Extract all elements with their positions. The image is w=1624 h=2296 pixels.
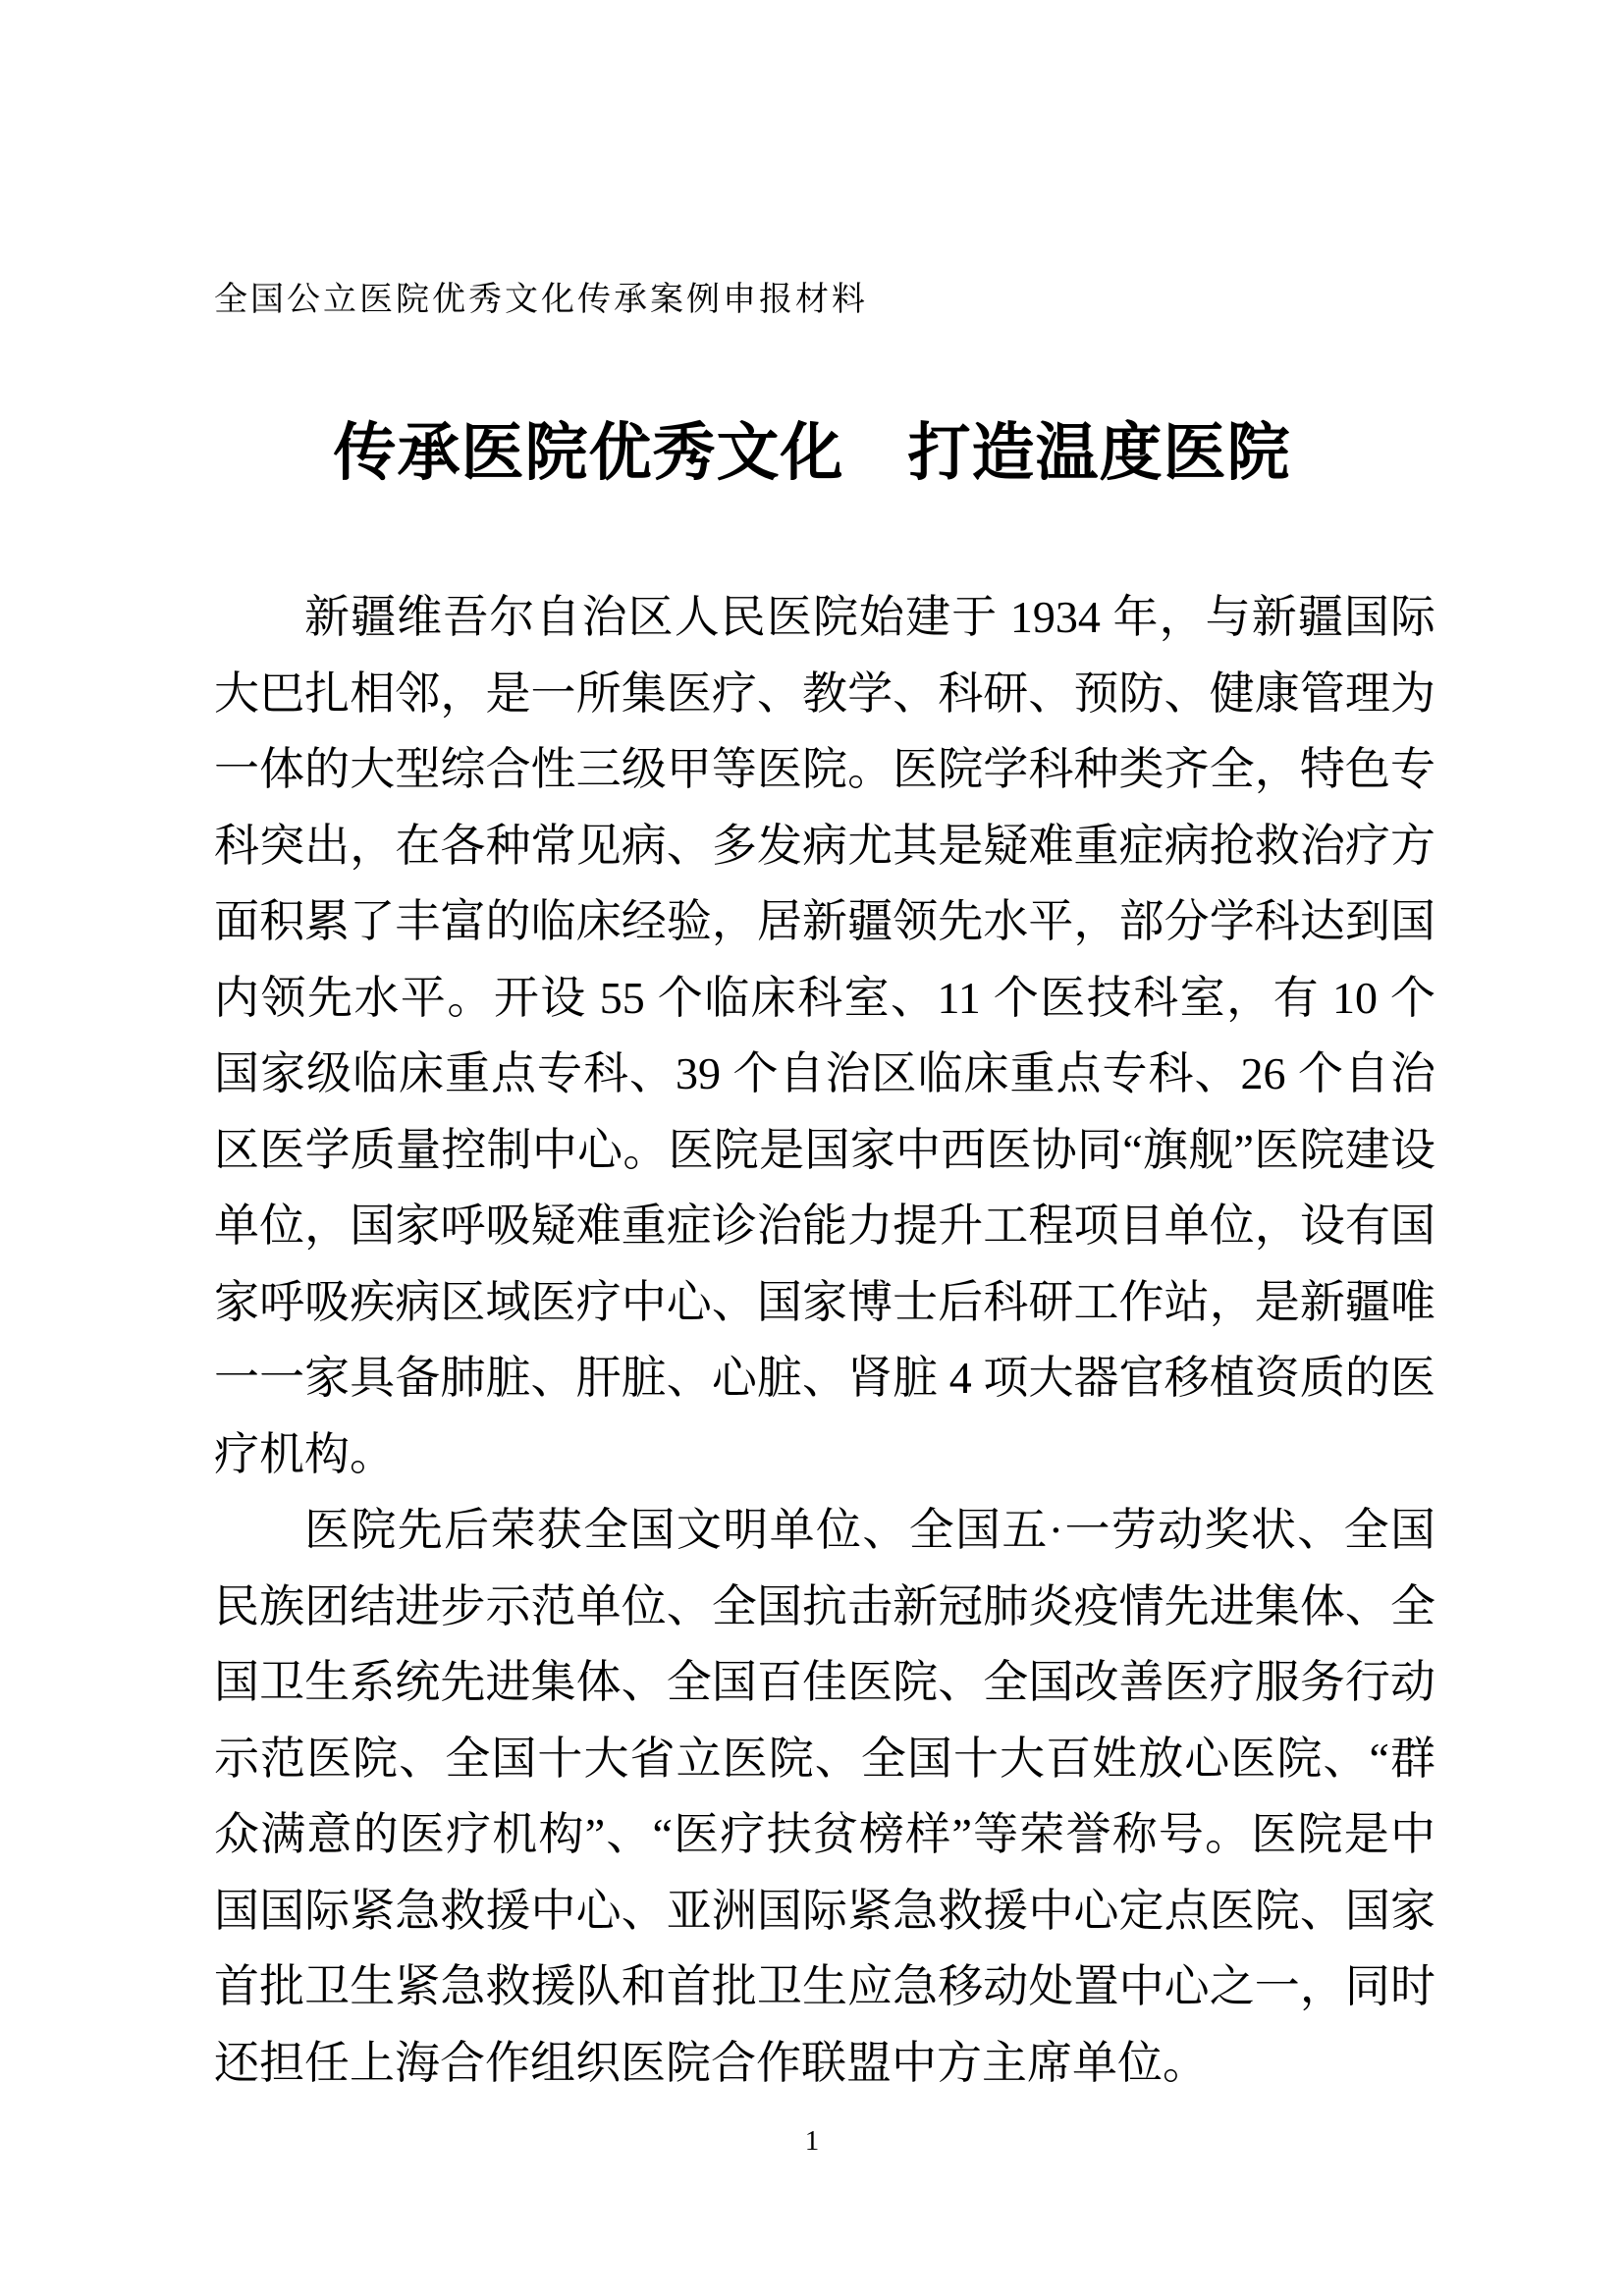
body-paragraph: 医院先后荣获全国文明单位、全国五·一劳动奖状、全国民族团结进步示范单位、全国抗击… — [214, 1492, 1435, 2101]
body-paragraph: 新疆维吾尔自治区人民医院始建于 1934 年，与新疆国际大巴扎相邻，是一所集医疗… — [214, 579, 1435, 1492]
document-title: 传承医院优秀文化 打造温度医院 — [0, 416, 1624, 492]
document-page: 全国公立医院优秀文化传承案例申报材料 传承医院优秀文化 打造温度医院 新疆维吾尔… — [0, 0, 1624, 2296]
document-body: 新疆维吾尔自治区人民医院始建于 1934 年，与新疆国际大巴扎相邻，是一所集医疗… — [214, 579, 1435, 2101]
page-number: 1 — [0, 2124, 1624, 2159]
document-header: 全国公立医院优秀文化传承案例申报材料 — [214, 281, 868, 321]
